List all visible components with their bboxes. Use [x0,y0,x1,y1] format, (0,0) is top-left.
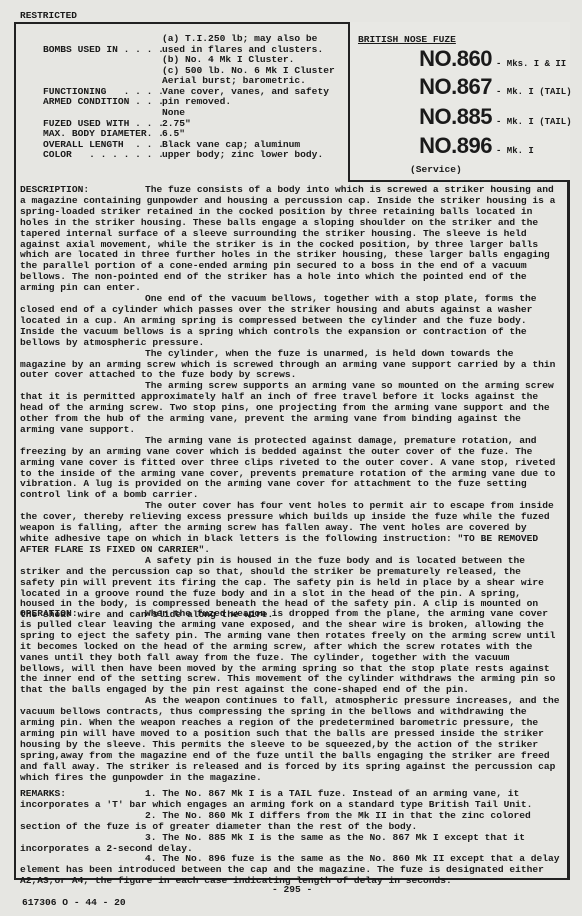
spec-row-color: COLOR . . . . . . . Black vane cap; alum… [20,140,185,182]
fuze-title-896: NO.896 - Mk. I [419,133,564,159]
fuze-mark: - Mks. I & II [496,59,564,69]
spec-value: 6.5" [162,129,352,140]
paragraph: When the fuzed weapon is dropped from th… [20,609,560,696]
paragraph: The outer cover has four vent holes to p… [20,501,560,556]
section-label: REMARKS: [20,789,66,800]
fuze-title-867: NO.867 - Mk. I (TAIL) [419,74,564,100]
paragraph: 4. The No. 896 fuze is the same as the N… [20,854,560,887]
spec-value: (a) T.I.250 lb; may also be used in flar… [162,34,352,76]
fuze-title-860: NO.860 - Mks. I & II [419,46,564,72]
operation-section: OPERATION: When the fuzed weapon is drop… [20,609,560,784]
paragraph: 3. The No. 885 Mk I is the same as the N… [20,833,560,855]
spec-value: None [162,108,352,119]
fuze-number: NO.885 [419,104,492,130]
spec-row-bombs: BOMBS USED IN . . . . (a) T.I.250 lb; ma… [20,34,185,76]
fuze-title-885: NO.885 - Mk. I (TAIL) [419,104,564,130]
fuze-mark: - Mk. I (TAIL) [496,117,564,127]
paragraph: The fuze consists of a body into which i… [20,185,560,294]
remarks-section: REMARKS: 1. The No. 867 Mk I is a TAIL f… [20,789,560,887]
spec-value: Black vane cap; aluminum upper body; zin… [162,140,352,161]
classification-marking: RESTRICTED [20,10,77,21]
section-label: OPERATION: [20,609,78,620]
paragraph: As the weapon continues to fall, atmosph… [20,696,560,783]
fuze-title-box: BRITISH NOSE FUZE NO.860 - Mks. I & II N… [348,22,570,182]
fuze-mark: - Mk. I (TAIL) [496,87,564,97]
fuze-number: NO.896 [419,133,492,159]
title-heading: BRITISH NOSE FUZE [358,34,456,45]
spec-value: Vane cover, vanes, and safety pin remove… [162,87,352,108]
paragraph: One end of the vacuum bellows, together … [20,294,560,349]
fuze-number: NO.867 [419,74,492,100]
paragraph: The cylinder, when the fuze is unarmed, … [20,349,560,382]
fuze-number: NO.860 [419,46,492,72]
print-code: 617306 O - 44 - 20 [22,897,126,908]
paragraph: 2. The No. 860 Mk I differs from the Mk … [20,811,560,833]
fuze-mark: - Mk. I [496,146,564,156]
paragraph: The arming screw supports an arming vane… [20,381,560,436]
spec-value: 2.75" [162,119,352,130]
section-label: DESCRIPTION: [20,185,89,196]
spec-table: BOMBS USED IN . . . . (a) T.I.250 lb; ma… [14,22,344,172]
paragraph: The arming vane is protected against dam… [20,436,560,501]
description-section: DESCRIPTION: The fuze consists of a body… [20,185,560,621]
page-number: - 295 - [272,884,312,895]
spec-value: Aerial burst; barometric. [162,76,352,87]
service-note: (Service) [410,164,462,175]
paragraph: 1. The No. 867 Mk I is a TAIL fuze. Inst… [20,789,560,811]
